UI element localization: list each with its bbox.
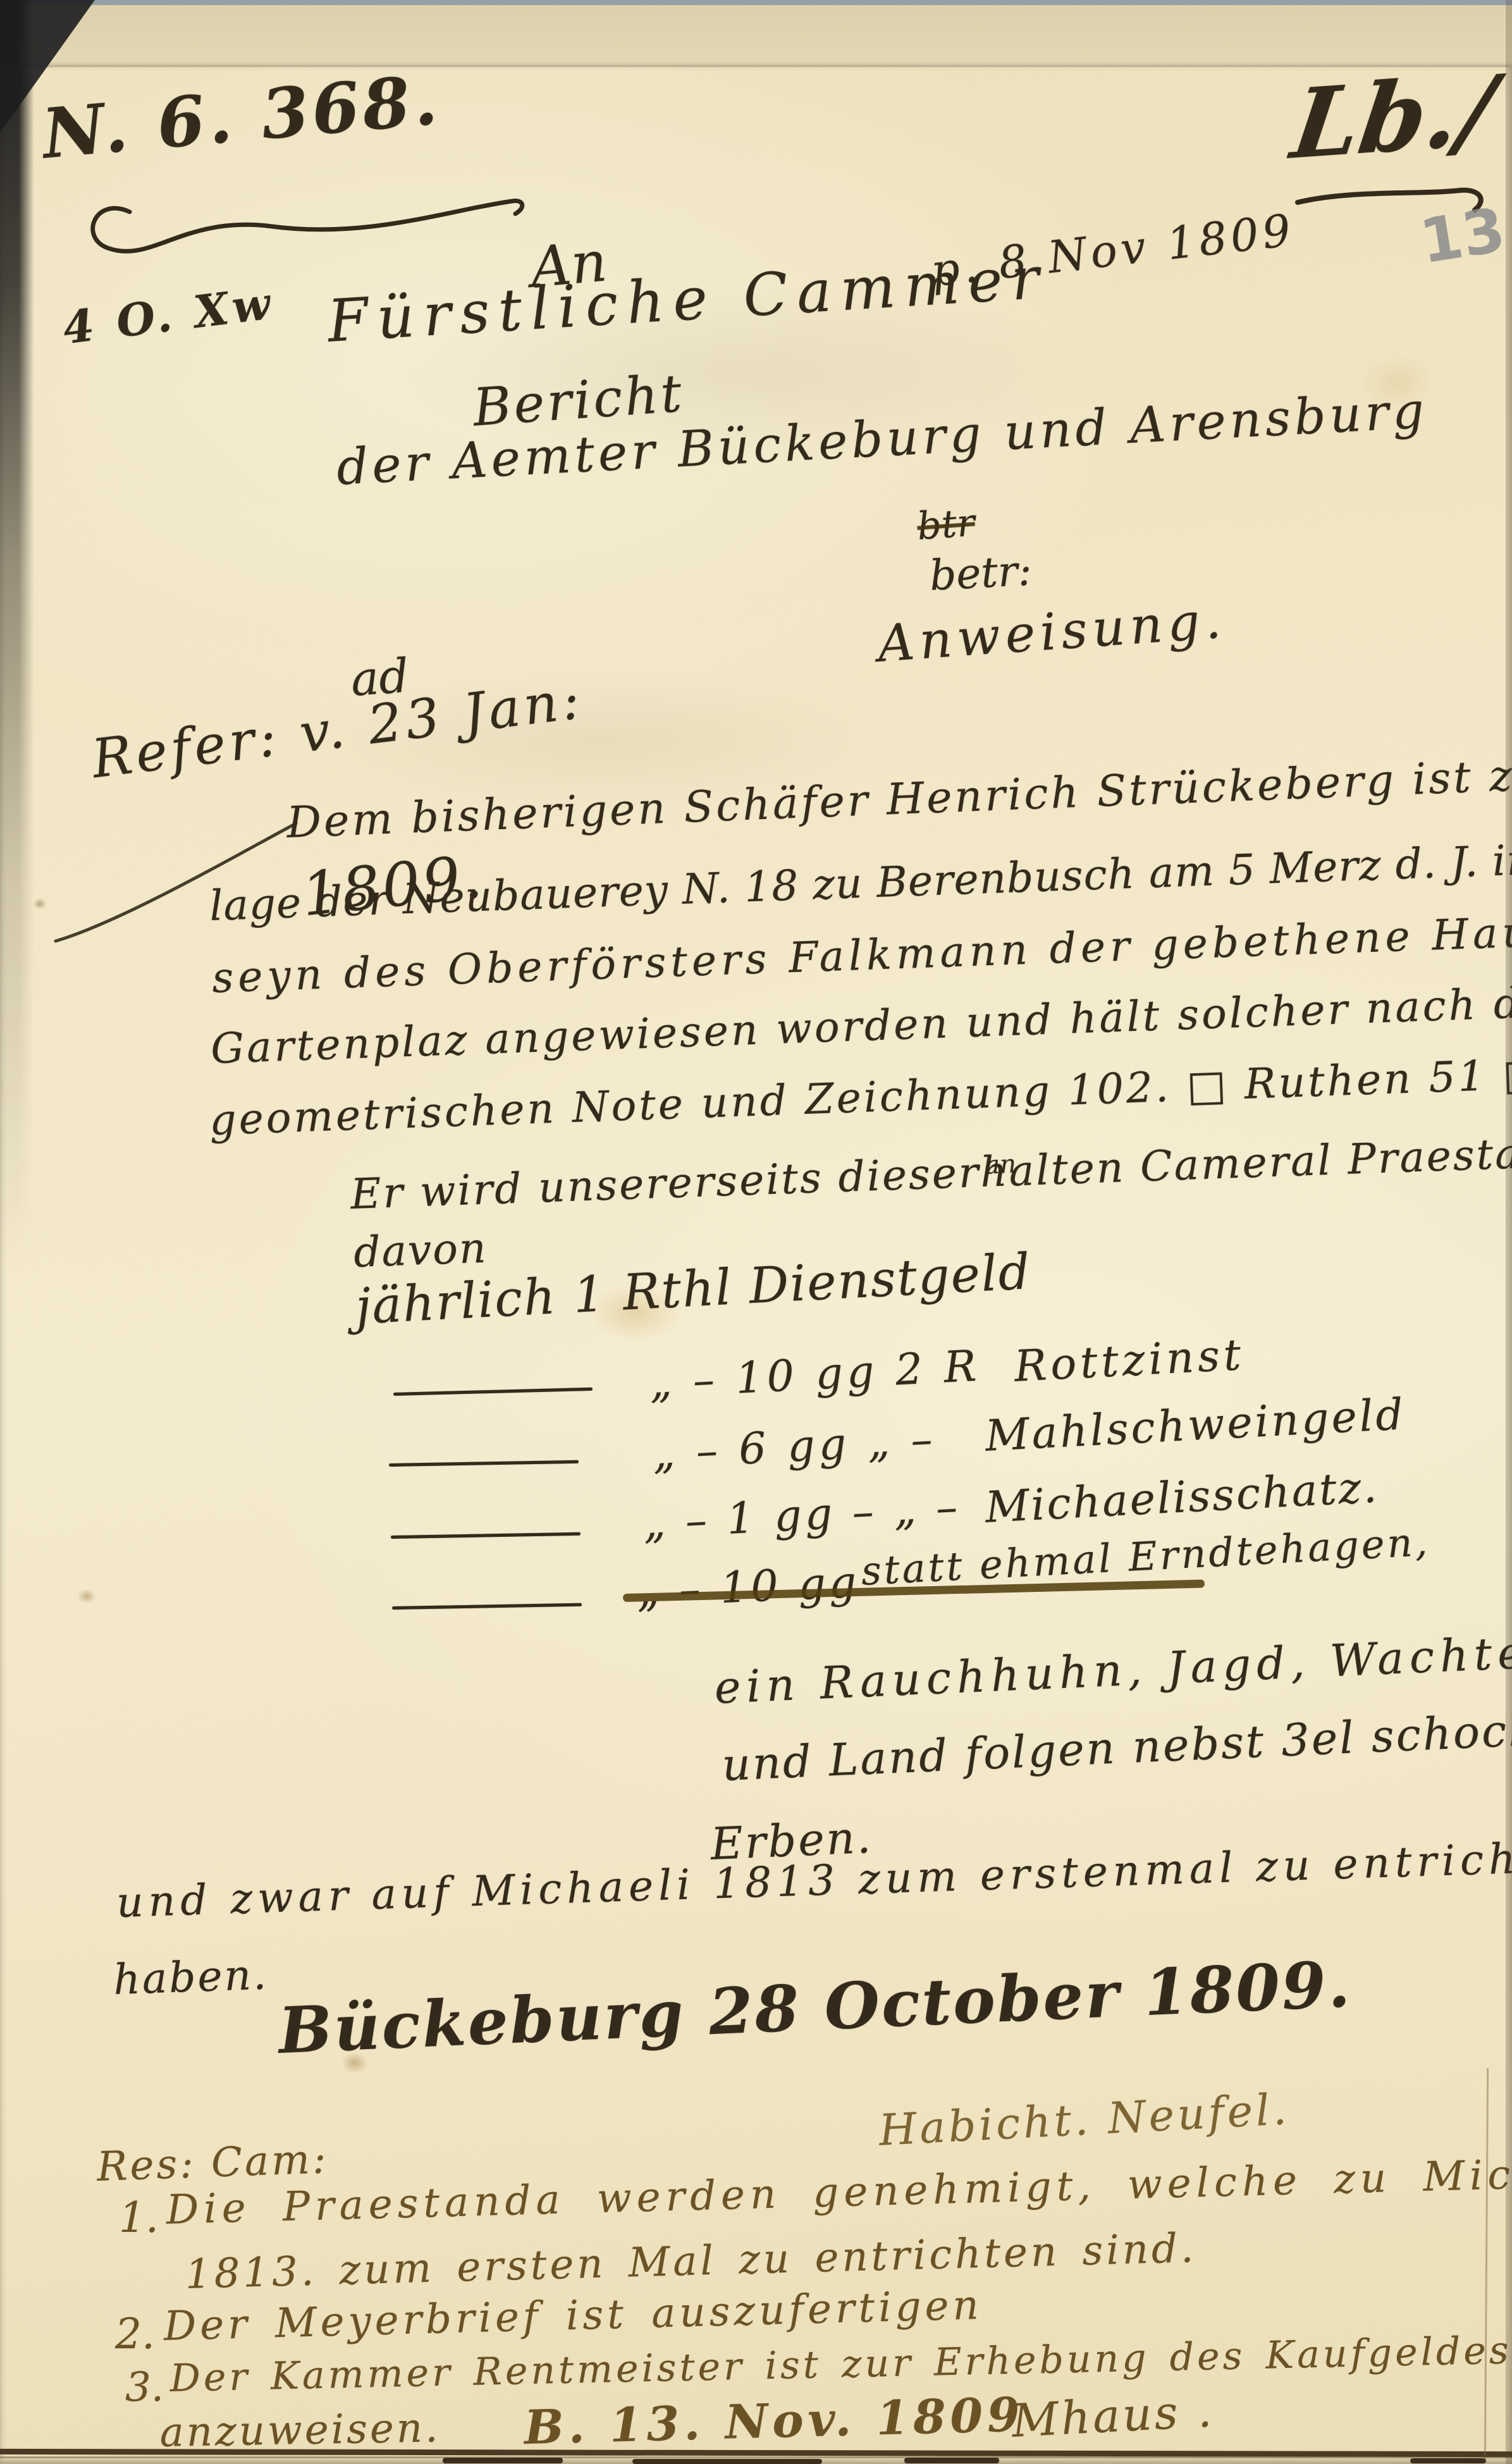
subject-label: betr: <box>928 546 1033 600</box>
page-bottom-edge-shadow <box>0 2456 1512 2458</box>
closing-line-2: haben. <box>113 1950 269 2004</box>
pencil-page-number: 13 <box>1415 194 1509 278</box>
resolution-item-2-number: 2. <box>115 2310 155 2358</box>
resolution-item-1-number: 1. <box>119 2193 159 2242</box>
dues-amount-struck: „ – 10 gg <box>636 1558 861 1617</box>
folio-mark: Lb./ <box>1286 54 1502 181</box>
scanned-document-page: N. 6. 368. 4 O. Xw Lb./ 13 p. 8 Nov 1809… <box>0 0 1512 2464</box>
next-page-writing-sliver <box>443 2458 563 2463</box>
page-right-edge <box>1506 0 1512 2464</box>
body-line-7: davon <box>353 1224 488 1277</box>
next-page-writing-sliver <box>1410 2458 1486 2463</box>
countersignature: Mhaus . <box>1011 2384 1215 2448</box>
next-page-writing-sliver <box>904 2458 999 2463</box>
resolution-heading: Res: Cam: <box>96 2136 329 2191</box>
resolution-item-3-number: 3. <box>125 2364 164 2411</box>
next-page-writing-sliver <box>632 2459 822 2464</box>
body-superscript: an <box>984 1149 1017 1180</box>
archive-number-flourish <box>70 177 538 285</box>
subject-label-struck: btr <box>916 501 976 549</box>
binding-shadow <box>0 0 34 1265</box>
